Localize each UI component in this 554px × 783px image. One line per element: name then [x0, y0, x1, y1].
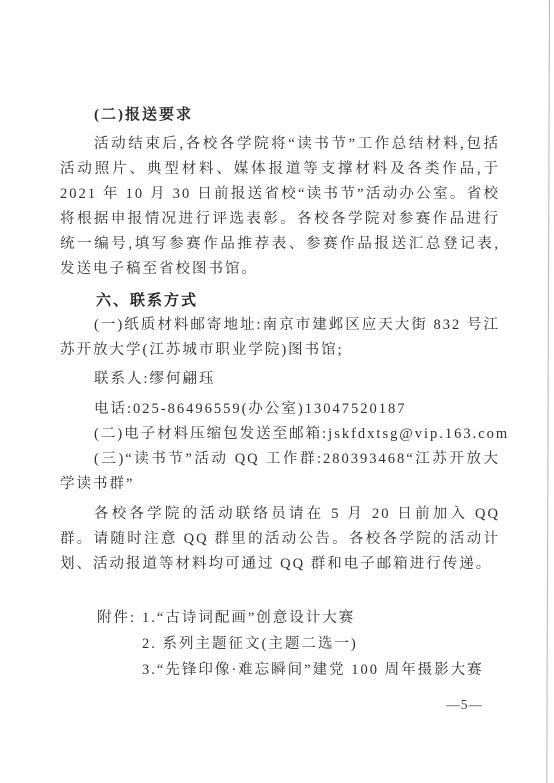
attachments-label: 附件:: [97, 605, 142, 683]
page-number: —5—: [60, 697, 483, 713]
subsection-heading-submission-requirements: (二)报送要求: [60, 103, 500, 128]
section-heading-contact-info: 六、联系方式: [60, 288, 500, 313]
attachments-list: 1.“古诗词配画”创意设计大赛 2. 系列主题征文(主题二选一) 3.“先锋印像…: [142, 605, 500, 683]
attachment-item-2: 2. 系列主题征文(主题二选一): [142, 631, 500, 657]
contact-email: (二)电子材料压缩包发送至邮箱:jskfdxtsg@vip.163.com: [60, 422, 500, 447]
contact-qq-group: (三)“读书节”活动 QQ 工作群:280393468“江苏开放大学读书群”: [60, 447, 500, 497]
paragraph-qq-note: 各校各学院的活动联络员请在 5 月 20 日前加入 QQ 群。请随时注意 QQ …: [60, 502, 500, 577]
contact-phone: 电话:025-86496559(办公室)13047520187: [60, 397, 500, 422]
paragraph-submission-details: 活动结束后,各校各学院将“读书节”工作总结材料,包括活动照片、典型材料、媒体报道…: [60, 132, 500, 282]
contact-person: 联系人:缪何翩珏: [60, 367, 500, 392]
attachments-block: 附件: 1.“古诗词配画”创意设计大赛 2. 系列主题征文(主题二选一) 3.“…: [97, 605, 500, 683]
attachment-item-1: 1.“古诗词配画”创意设计大赛: [142, 605, 500, 631]
document-content: (二)报送要求 活动结束后,各校各学院将“读书节”工作总结材料,包括活动照片、典…: [0, 0, 554, 713]
attachment-item-3: 3.“先锋印像·难忘瞬间”建党 100 周年摄影大赛: [142, 657, 500, 683]
contact-mailing-address: (一)纸质材料邮寄地址:南京市建邺区应天大街 832 号江苏开放大学(江苏城市职…: [60, 313, 500, 363]
document-page: (二)报送要求 活动结束后,各校各学院将“读书节”工作总结材料,包括活动照片、典…: [0, 0, 554, 783]
